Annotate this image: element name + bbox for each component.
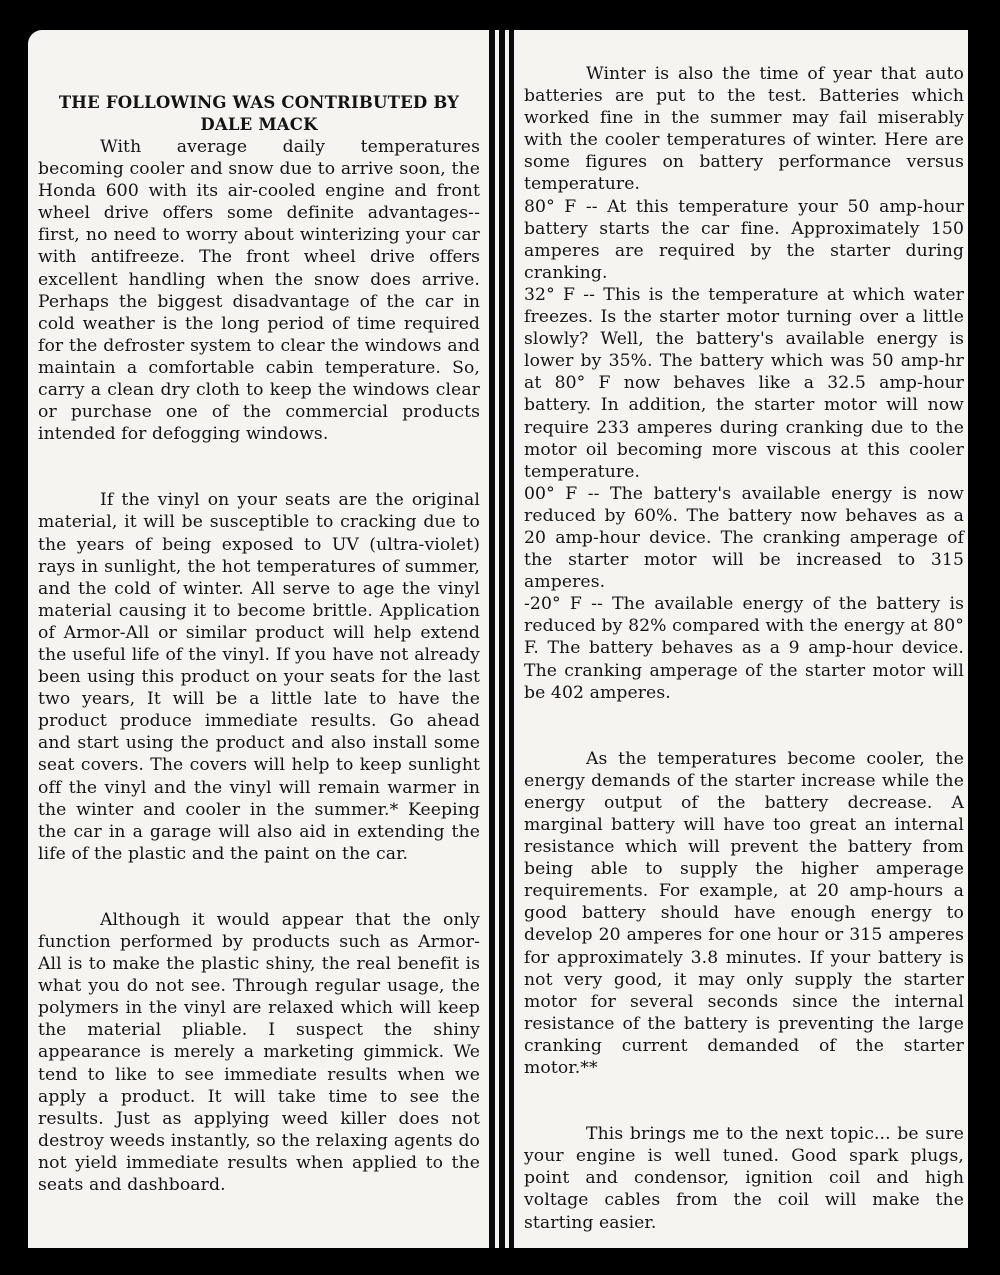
paragraph-spacer [524,704,964,748]
temp-entry-00f: 00° F -- The battery's available energy … [524,483,964,593]
temp-text: -- At this temperature your 50 amp-hour … [524,197,964,283]
temp-label: 80° F [524,197,576,217]
paragraph-battery-intro: Winter is also the time of year that aut… [524,63,964,196]
paragraph-spacer [38,865,480,909]
paragraph-armor-all: Although it would appear that the only f… [38,909,480,1196]
paragraph-battery-demand: As the temperatures become cooler, the e… [524,748,964,1079]
left-column: THE FOLLOWING WAS CONTRIBUTED BY DALE MA… [38,92,480,1196]
right-page-panel: Winter is also the time of year that aut… [514,30,968,1248]
paragraph-winter-advantages: With average daily temperatures becoming… [38,136,480,445]
temp-label: -20° F [524,594,582,614]
temp-label: 32° F [524,285,575,305]
left-page-panel: THE FOLLOWING WAS CONTRIBUTED BY DALE MA… [28,30,489,1248]
temp-text: -- The available energy of the battery i… [524,594,964,702]
temp-text: -- The battery's available energy is now… [524,484,964,592]
paragraph-vinyl-seats: If the vinyl on your seats are the origi… [38,489,480,865]
temp-entry-80f: 80° F -- At this temperature your 50 amp… [524,196,964,284]
temp-entry-32f: 32° F -- This is the temperature at whic… [524,284,964,483]
right-column: Winter is also the time of year that aut… [524,63,964,1234]
paragraph-spacer [38,445,480,489]
temp-label: 00° F [524,484,577,504]
paragraph-spacer [524,1079,964,1123]
temp-entry-minus20f: -20° F -- The available energy of the ba… [524,593,964,703]
temp-text: -- This is the temperature at which wate… [524,285,964,482]
article-heading: THE FOLLOWING WAS CONTRIBUTED BY DALE MA… [38,92,480,136]
paragraph-engine-tune: This brings me to the next topic... be s… [524,1123,964,1233]
